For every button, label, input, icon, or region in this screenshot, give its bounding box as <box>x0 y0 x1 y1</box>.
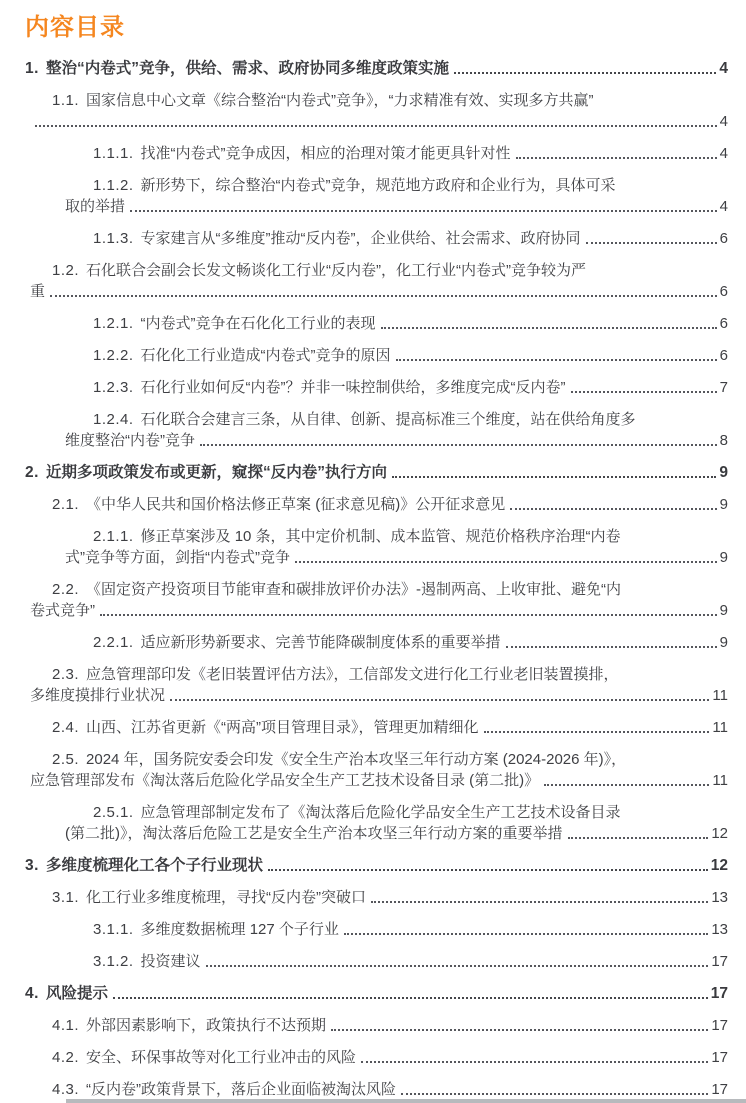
dot-leader <box>170 699 709 701</box>
toc-entry-number: 2.5.1. <box>93 804 134 821</box>
toc-entry-number: 2. <box>25 464 39 481</box>
toc-entry-page: 12 <box>711 823 728 844</box>
toc-list: 1.整治“内卷式”竞争，供给、需求、政府协同多维度政策实施41.1.国家信息中心… <box>25 58 728 1100</box>
toc-entry-number: 1. <box>25 60 39 77</box>
toc-entry-number: 3.1.2. <box>93 953 134 970</box>
dot-leader <box>268 869 708 871</box>
toc-entry[interactable]: 4.风险提示17 <box>25 983 728 1004</box>
toc-entry-page: 6 <box>720 345 728 366</box>
toc-entry-page: 9 <box>720 547 728 568</box>
toc-entry-text: 1.1.2.新形势下，综合整治“内卷式”竞争，规范地方政府和企业行为，具体可采 <box>93 175 616 196</box>
toc-entry[interactable]: 2.5.1.应急管理部制定发布了《淘汰落后危险化学品安全生产工艺技术设备目录(第… <box>25 802 728 844</box>
dot-leader <box>361 1061 708 1063</box>
toc-page: 内容目录 1.整治“内卷式”竞争，供给、需求、政府协同多维度政策实施41.1.国… <box>0 0 746 1100</box>
toc-entry-number: 2.3. <box>52 666 79 683</box>
toc-entry[interactable]: 1.1.3.专家建言从“多维度”推动“反内卷”，企业供给、社会需求、政府协同6 <box>25 228 728 249</box>
page-bottom-edge <box>66 1099 746 1103</box>
toc-entry-text: 1.2.3.石化行业如何反“内卷”？并非一味控制供给，多维度完成“反内卷” <box>93 377 566 398</box>
toc-entry[interactable]: 1.2.3.石化行业如何反“内卷”？并非一味控制供给，多维度完成“反内卷”7 <box>25 377 728 398</box>
dot-leader <box>381 327 717 329</box>
toc-entry-text: 2.5.1.应急管理部制定发布了《淘汰落后危险化学品安全生产工艺技术设备目录 <box>93 802 621 823</box>
toc-entry-page: 17 <box>711 1015 728 1036</box>
toc-entry-page: 4 <box>720 196 728 217</box>
toc-entry-number: 4.2. <box>52 1049 79 1066</box>
toc-entry-page: 9 <box>720 600 728 621</box>
toc-entry-text: 重 <box>30 281 45 302</box>
toc-entry-page: 13 <box>711 887 728 908</box>
dot-leader <box>100 614 717 616</box>
toc-entry-text: (第二批)》，淘汰落后危险工艺是安全生产治本攻坚三年行动方案的重要举措 <box>65 823 563 844</box>
toc-entry-text: 应急管理部发布《淘汰落后危险化学品安全生产工艺技术设备目录 (第二批)》 <box>30 770 539 791</box>
toc-entry-number: 1.2.3. <box>93 379 134 396</box>
toc-entry[interactable]: 1.整治“内卷式”竞争，供给、需求、政府协同多维度政策实施4 <box>25 58 728 79</box>
toc-entry[interactable]: 3.多维度梳理化工各个子行业现状12 <box>25 855 728 876</box>
toc-entry-text: 2.3.应急管理部印发《老旧装置评估方法》，工信部发文进行化工行业老旧装置摸排， <box>52 664 619 685</box>
toc-entry[interactable]: 2.2.《固定资产投资项目节能审查和碳排放评价办法》-遏制两高、上收审批、避免“… <box>25 579 728 621</box>
toc-entry-number: 4.1. <box>52 1017 79 1034</box>
toc-entry-text: 2.4.山西、江苏省更新《“两高”项目管理目录》，管理更加精细化 <box>52 717 479 738</box>
toc-entry-text: 4.1.外部因素影响下，政策执行不达预期 <box>52 1015 326 1036</box>
toc-entry-text: 3.1.化工行业多维度梳理，寻找“反内卷”突破口 <box>52 887 366 908</box>
toc-entry-number: 1.1.2. <box>93 177 134 194</box>
toc-entry[interactable]: 2.3.应急管理部印发《老旧装置评估方法》，工信部发文进行化工行业老旧装置摸排，… <box>25 664 728 706</box>
toc-entry[interactable]: 2.5.2024 年，国务院安委会印发《安全生产治本攻坚三年行动方案 (2024… <box>25 749 728 791</box>
toc-entry-text: 1.1.3.专家建言从“多维度”推动“反内卷”，企业供给、社会需求、政府协同 <box>93 228 581 249</box>
toc-entry-text: 1.整治“内卷式”竞争，供给、需求、政府协同多维度政策实施 <box>25 58 449 79</box>
toc-entry-text: 1.2.4.石化联合会建言三条，从自律、创新、提高标准三个维度，站在供给角度多 <box>93 409 636 430</box>
toc-entry-text: 1.2.石化联合会副会长发文畅谈化工行业“反内卷”，化工行业“内卷式”竞争较为严 <box>52 260 586 281</box>
toc-entry-text: 式”竞争等方面，剑指“内卷式”竞争 <box>65 547 290 568</box>
toc-entry[interactable]: 2.4.山西、江苏省更新《“两高”项目管理目录》，管理更加精细化11 <box>25 717 728 738</box>
toc-entry-page: 13 <box>711 919 728 940</box>
toc-entry-text: 2.2.1.适应新形势新要求、完善节能降碳制度体系的重要举措 <box>93 632 501 653</box>
toc-entry-number: 1.1.3. <box>93 230 134 247</box>
toc-entry-text: 卷式竞争” <box>30 600 95 621</box>
toc-entry[interactable]: 2.1.1.修正草案涉及 10 条，其中定价机制、成本监管、规范价格秩序治理“内… <box>25 526 728 568</box>
toc-entry[interactable]: 4.1.外部因素影响下，政策执行不达预期17 <box>25 1015 728 1036</box>
toc-entry-text: 1.1.国家信息中心文章《综合整治“内卷式”竞争》，“力求精准有效、实现多方共赢… <box>52 90 594 111</box>
dot-leader <box>506 646 717 648</box>
dot-leader <box>516 157 717 159</box>
toc-entry-number: 2.1.1. <box>93 528 134 545</box>
toc-entry-page: 6 <box>720 313 728 334</box>
dot-leader <box>200 444 717 446</box>
toc-entry-number: 2.4. <box>52 719 79 736</box>
toc-entry-number: 1.1.1. <box>93 145 134 162</box>
toc-entry-number: 2.1. <box>52 496 79 513</box>
toc-entry-page: 12 <box>711 855 728 876</box>
toc-entry-text: 4.3.“反内卷”政策背景下，落后企业面临被淘汰风险 <box>52 1079 396 1100</box>
toc-entry-text: 取的举措 <box>65 196 125 217</box>
dot-leader <box>331 1029 708 1031</box>
toc-entry-number: 1.2.4. <box>93 411 134 428</box>
dot-leader <box>510 508 716 510</box>
toc-entry-text: 2.2.《固定资产投资项目节能审查和碳排放评价办法》-遏制两高、上收审批、避免“… <box>52 579 621 600</box>
toc-entry-number: 1.2. <box>52 262 79 279</box>
toc-entry-page: 17 <box>711 1047 728 1068</box>
toc-entry-number: 3.1.1. <box>93 921 134 938</box>
toc-entry[interactable]: 1.2.2.石化化工行业造成“内卷式”竞争的原因6 <box>25 345 728 366</box>
toc-entry-number: 3. <box>25 857 39 874</box>
toc-entry-number: 4.3. <box>52 1081 79 1098</box>
dot-leader <box>113 997 708 999</box>
dot-leader <box>50 295 717 297</box>
dot-leader <box>295 561 717 563</box>
toc-entry-page: 11 <box>712 717 728 738</box>
dot-leader <box>371 901 708 903</box>
dot-leader <box>586 242 717 244</box>
toc-entry-number: 2.5. <box>52 751 79 768</box>
toc-entry[interactable]: 2.近期多项政策发布或更新，窥探“反内卷”执行方向9 <box>25 462 728 483</box>
toc-entry-text: 1.2.1.“内卷式”竞争在石化化工行业的表现 <box>93 313 376 334</box>
toc-entry-page: 11 <box>712 770 728 791</box>
toc-entry-text: 2.1.《中华人民共和国价格法修正草案 (征求意见稿)》公开征求意见 <box>52 494 505 515</box>
dot-leader <box>396 359 717 361</box>
dot-leader <box>392 476 716 478</box>
toc-entry[interactable]: 1.2.4.石化联合会建言三条，从自律、创新、提高标准三个维度，站在供给角度多维… <box>25 409 728 451</box>
toc-entry-text: 1.2.2.石化化工行业造成“内卷式”竞争的原因 <box>93 345 391 366</box>
toc-entry-number: 3.1. <box>52 889 79 906</box>
toc-entry[interactable]: 1.1.2.新形势下，综合整治“内卷式”竞争，规范地方政府和企业行为，具体可采取… <box>25 175 728 217</box>
toc-entry-page: 6 <box>720 228 728 249</box>
toc-entry-text: 3.1.2.投资建议 <box>93 951 201 972</box>
toc-entry[interactable]: 4.3.“反内卷”政策背景下，落后企业面临被淘汰风险17 <box>25 1079 728 1100</box>
toc-entry[interactable]: 1.1.1.找准“内卷式”竞争成因，相应的治理对策才能更具针对性4 <box>25 143 728 164</box>
toc-entry-text: 3.多维度梳理化工各个子行业现状 <box>25 855 263 876</box>
toc-entry-number: 2.2. <box>52 581 79 598</box>
toc-entry-text: 维度整治“内卷”竞争 <box>65 430 195 451</box>
toc-entry[interactable]: 3.1.1.多维度数据梳理 127 个子行业13 <box>25 919 728 940</box>
toc-entry[interactable]: 2.1.《中华人民共和国价格法修正草案 (征求意见稿)》公开征求意见9 <box>25 494 728 515</box>
toc-entry[interactable]: 1.2.石化联合会副会长发文畅谈化工行业“反内卷”，化工行业“内卷式”竞争较为严… <box>25 260 728 302</box>
dot-leader <box>130 210 717 212</box>
toc-entry[interactable]: 1.2.1.“内卷式”竞争在石化化工行业的表现6 <box>25 313 728 334</box>
dot-leader <box>484 731 710 733</box>
toc-entry-page: 17 <box>711 951 728 972</box>
toc-entry-page: 17 <box>711 983 728 1004</box>
toc-entry-text: 2.5.2024 年，国务院安委会印发《安全生产治本攻坚三年行动方案 (2024… <box>52 749 626 770</box>
dot-leader <box>344 933 708 935</box>
page-title: 内容目录 <box>25 14 728 42</box>
toc-entry[interactable]: 1.1.国家信息中心文章《综合整治“内卷式”竞争》，“力求精准有效、实现多方共赢… <box>25 90 728 132</box>
toc-entry-number: 4. <box>25 985 39 1002</box>
toc-entry-text: 多维度摸排行业状况 <box>30 685 165 706</box>
toc-entry-page: 11 <box>712 685 728 706</box>
toc-entry-page: 6 <box>720 281 728 302</box>
dot-leader <box>206 965 709 967</box>
toc-entry[interactable]: 2.2.1.适应新形势新要求、完善节能降碳制度体系的重要举措9 <box>25 632 728 653</box>
toc-entry-page: 7 <box>720 377 728 398</box>
toc-entry-page: 17 <box>711 1079 728 1100</box>
dot-leader <box>568 837 709 839</box>
toc-entry-number: 1.2.2. <box>93 347 134 364</box>
toc-entry-text: 3.1.1.多维度数据梳理 127 个子行业 <box>93 919 339 940</box>
toc-entry[interactable]: 4.2.安全、环保事故等对化工行业冲击的风险17 <box>25 1047 728 1068</box>
toc-entry-page: 9 <box>719 462 728 483</box>
dot-leader <box>544 784 709 786</box>
toc-entry[interactable]: 3.1.2.投资建议17 <box>25 951 728 972</box>
toc-entry-text: 4.2.安全、环保事故等对化工行业冲击的风险 <box>52 1047 356 1068</box>
toc-entry[interactable]: 3.1.化工行业多维度梳理，寻找“反内卷”突破口13 <box>25 887 728 908</box>
toc-entry-page: 9 <box>720 632 728 653</box>
toc-entry-page: 9 <box>720 494 728 515</box>
toc-entry-text: 2.1.1.修正草案涉及 10 条，其中定价机制、成本监管、规范价格秩序治理“内… <box>93 526 621 547</box>
dot-leader <box>35 125 717 127</box>
toc-entry-page: 4 <box>720 143 728 164</box>
toc-entry-number: 2.2.1. <box>93 634 134 651</box>
toc-entry-page: 4 <box>719 58 728 79</box>
toc-entry-number: 1.2.1. <box>93 315 134 332</box>
dot-leader <box>401 1093 708 1095</box>
toc-entry-page: 8 <box>720 430 728 451</box>
toc-entry-text: 2.近期多项政策发布或更新，窥探“反内卷”执行方向 <box>25 462 387 483</box>
toc-entry-text: 1.1.1.找准“内卷式”竞争成因，相应的治理对策才能更具针对性 <box>93 143 511 164</box>
dot-leader <box>454 72 716 74</box>
toc-entry-page: 4 <box>720 111 728 132</box>
dot-leader <box>571 391 717 393</box>
toc-entry-number: 1.1. <box>52 92 79 109</box>
toc-entry-text: 4.风险提示 <box>25 983 108 1004</box>
